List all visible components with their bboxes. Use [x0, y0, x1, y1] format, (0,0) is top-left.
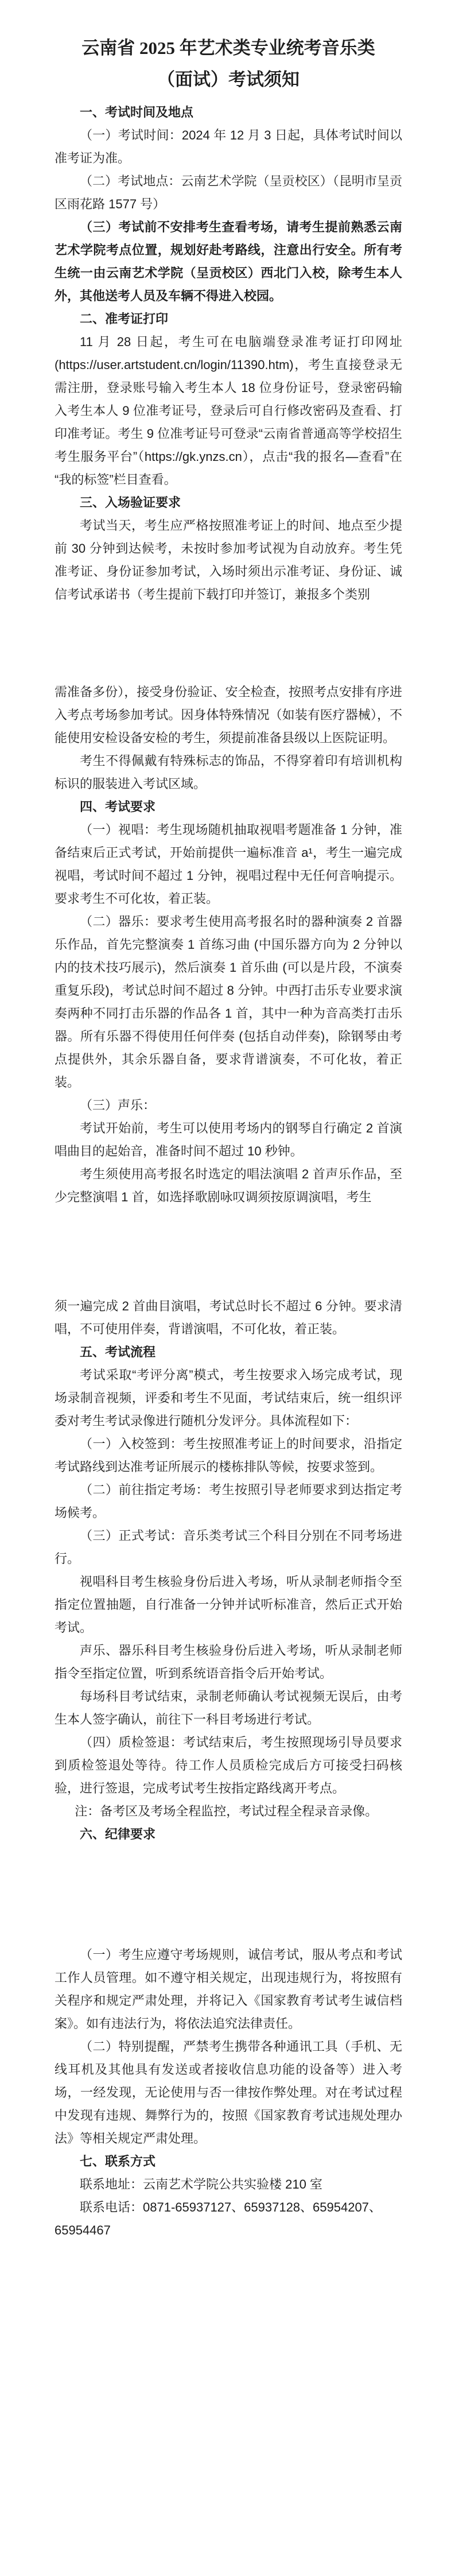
doc-title: 云南省 2025 年艺术类专业统考音乐类 （面试）考试须知 [55, 32, 402, 95]
section-heading-1: 一、考试时间及地点 [55, 101, 402, 124]
paragraph-continuation: 需准备多份），接受身份验证、安全检查，按照考点安排有序进入考点考场参加考试。因身… [55, 681, 402, 750]
contact-address-line: 联系地址：云南艺术学院公共实验楼 210 室 [55, 2173, 402, 2196]
contact-phone-line-2: 65954467 [55, 2219, 402, 2242]
paragraph: （一）考试时间：2024 年 12 月 3 日起，具体考试时间以准考证为准。 [55, 124, 402, 170]
contact-phone-line: 联系电话：0871-65937127、65937128、65954207、 [55, 2196, 402, 2219]
paragraph: 11 月 28 日起，考生可在电脑端登录准考证打印网址(https://user… [55, 331, 402, 491]
note-line: 注：备考区及考场全程监控，考试过程全程录音录像。 [55, 1800, 402, 1823]
paragraph: （三）正式考试：音乐类考试三个科目分别在不同考场进行。 [55, 1524, 402, 1570]
paragraph: 考生不得佩戴有特殊标志的饰品，不得穿着印有培训机构标识的服装进入考试区域。 [55, 750, 402, 796]
sub-heading-vocal: （三）声乐： [55, 1094, 402, 1117]
paragraph: 考试开始前，考生可以使用考场内的钢琴自行确定 2 首演唱曲目的起始音，准备时间不… [55, 1117, 402, 1163]
section-heading-7: 七、联系方式 [55, 2150, 402, 2173]
section-heading-4: 四、考试要求 [55, 796, 402, 818]
doc-title-line-1: 云南省 2025 年艺术类专业统考音乐类 [55, 32, 402, 64]
section-heading-2: 二、准考证打印 [55, 308, 402, 331]
paragraph: （四）质检签退：考试结束后，考生按照现场引导员要求到质检签退处等待。待工作人员质… [55, 1731, 402, 1800]
paragraph: （一）入校签到：考生按照准考证上的时间要求，沿指定考试路线到达准考证所展示的楼栋… [55, 1433, 402, 1479]
paragraph: 考试采取“考评分离”模式，考生按要求入场完成考试，现场录制音视频，评委和考生不见… [55, 1364, 402, 1433]
paragraph: （一）考生应遵守考场规则，诚信考试，服从考点和考试工作人员管理。如不遵守相关规定… [55, 1943, 402, 2035]
paragraph: 考试当天，考生应严格按照准考证上的时间、地点至少提前 30 分钟到达候考，未按时… [55, 514, 402, 606]
paragraph: 考生须使用高考报名时选定的唱法演唱 2 首声乐作品，至少完整演唱 1 首，如选择… [55, 1163, 402, 1209]
paragraph: 声乐、器乐科目考生核验身份后进入考场，听从录制老师指令至指定位置，听到系统语音指… [55, 1639, 402, 1685]
page-break-gap [55, 1209, 402, 1295]
section-heading-5: 五、考试流程 [55, 1341, 402, 1364]
page-break-gap [55, 1846, 402, 1943]
paragraph: （二）前往指定考场：考生按照引导老师要求到达指定考场候考。 [55, 1479, 402, 1524]
paragraph: （二）特别提醒，严禁考生携带各种通讯工具（手机、无线耳机及其他具有发送或者接收信… [55, 2035, 402, 2150]
bold-notice-paragraph: （三）考试前不安排考生查看考场，请考生提前熟悉云南艺术学院考点位置，规划好赴考路… [55, 216, 402, 308]
section-heading-3: 三、入场验证要求 [55, 491, 402, 514]
section-heading-6: 六、纪律要求 [55, 1823, 402, 1846]
paragraph-continuation: 须一遍完成 2 首曲目演唱，考试总时长不超过 6 分钟。要求清唱，不可使用伴奏，… [55, 1295, 402, 1341]
document-page: 云南省 2025 年艺术类专业统考音乐类 （面试）考试须知 一、考试时间及地点 … [0, 0, 455, 2576]
paragraph: 每场科目考试结束，录制老师确认考试视频无误后，由考生本人签字确认，前往下一科目考… [55, 1685, 402, 1731]
paragraph: （一）视唱：考生现场随机抽取视唱考题准备 1 分钟，准备结束后正式考试，开始前提… [55, 818, 402, 910]
paragraph: 视唱科目考生核验身份后进入考场，听从录制老师指令至指定位置抽题，自行准备一分钟并… [55, 1570, 402, 1639]
doc-title-line-2: （面试）考试须知 [55, 64, 402, 95]
page-break-gap [55, 606, 402, 681]
paragraph: （二）考试地点：云南艺术学院（呈贡校区）（昆明市呈贡区雨花路 1577 号） [55, 170, 402, 216]
paragraph: （二）器乐：要求考生使用高考报名时的器种演奏 2 首器乐作品，首先完整演奏 1 … [55, 910, 402, 1094]
